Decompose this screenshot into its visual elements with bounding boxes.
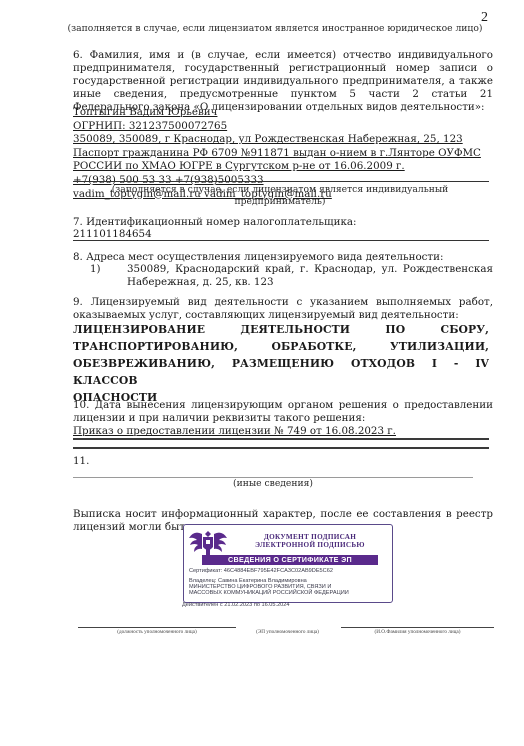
- name-label: (И.О.Фамилия уполномоченного лица): [341, 629, 494, 635]
- signature-label: (ЭП уполномоченного лица): [240, 629, 335, 635]
- ip-note: (заполняется в случае, если лицензиатом …: [100, 184, 460, 208]
- passport-line2: РОССИИ по ХМАО ЮГРЕ в Сургутском р-не от…: [73, 160, 493, 174]
- address-item-number: 1): [90, 263, 120, 276]
- licensed-activity: ЛИЦЕНЗИРОВАНИЕ ДЕЯТЕЛЬНОСТИ ПО СБОРУ, ТР…: [73, 321, 489, 406]
- ogrnip: ОГРНИП: 321237500072765: [73, 120, 493, 134]
- section6-heading: 6. Фамилия, имя и (в случае, если имеетс…: [73, 49, 493, 114]
- certificate-org-line2: МАССОВЫХ КОММУНИКАЦИЙ РОССИЙСКОЙ ФЕДЕРАЦ…: [189, 590, 349, 597]
- section11-heading: 11.: [73, 455, 173, 468]
- coat-of-arms-icon: [188, 528, 228, 556]
- foreign-entity-note: (заполняется в случае, если лицензиатом …: [60, 23, 490, 35]
- stamp-title-line2: ЭЛЕКТРОННОЙ ПОДПИСЬЮ: [230, 541, 390, 550]
- activity-line3: ОБЕЗВРЕЖИВАНИЮ, РАЗМЕЩЕНИЮ ОТХОДОВ I - I…: [73, 355, 489, 389]
- ip-address: 350089, 350089, г Краснодар, ул Рождеств…: [73, 133, 493, 147]
- address-line1: 350089, Краснодарский край, г. Краснодар…: [127, 263, 493, 276]
- section10-rule2: [73, 447, 489, 449]
- section9-heading: 9. Лицензируемый вид деятельности с указ…: [73, 296, 493, 322]
- section10-rule1: [73, 438, 489, 440]
- position-label: (должность уполномоченного лица): [78, 629, 236, 635]
- section7-rule: [73, 240, 489, 241]
- license-decision: Приказ о предоставлении лицензии № 749 о…: [73, 425, 396, 439]
- certificate-info-bar: СВЕДЕНИЯ О СЕРТИФИКАТЕ ЭП: [202, 555, 378, 565]
- other-info-note: (иные сведения): [73, 478, 473, 490]
- position-line: [78, 627, 236, 628]
- activity-line2: ТРАНСПОРТИРОВАНИЮ, ОБРАБОТКЕ, УТИЛИЗАЦИИ…: [73, 338, 489, 355]
- activity-line1: ЛИЦЕНЗИРОВАНИЕ ДЕЯТЕЛЬНОСТИ ПО СБОРУ,: [73, 321, 489, 338]
- passport-line1: Паспорт гражданина РФ 6709 №911871 выдан…: [73, 147, 493, 161]
- name-line: [341, 627, 494, 628]
- certificate-validity: Действителен с 21.02.2023 по 16.05.2024: [182, 602, 290, 609]
- address-line2: Набережная, д. 25, кв. 123: [127, 276, 493, 289]
- ip-full-name: Топтыгин Вадим Юрьевич: [73, 106, 493, 120]
- electronic-signature-stamp: ДОКУМЕНТ ПОДПИСАН ЭЛЕКТРОННОЙ ПОДПИСЬЮ С…: [183, 524, 393, 603]
- section6-rule: [73, 181, 489, 182]
- certificate-number: Сертификат: 46C4884EBF795E42FCA3C02AB9DE…: [189, 568, 333, 575]
- section10-heading: 10. Дата вынесения лицензирующим органом…: [73, 399, 493, 425]
